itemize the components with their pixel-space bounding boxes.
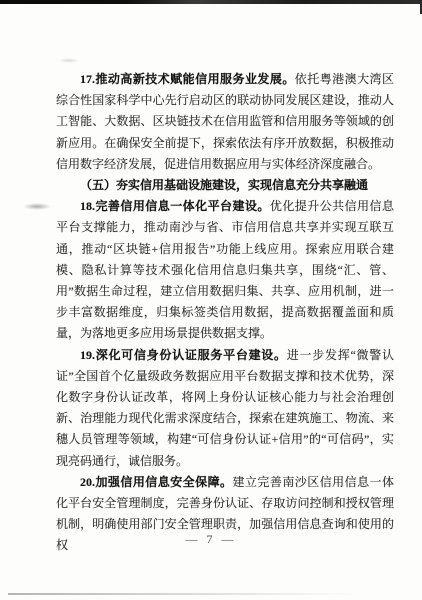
paragraph-lead-text: 20.加强信用信息安全保障。 <box>80 475 233 489</box>
scan-artifact-smudge <box>58 58 80 63</box>
paragraph-body-text: 优化提升公共信用信息平台支撑能力，推动南沙与省、市信用信息共享并实现互联互通，推… <box>56 199 394 340</box>
scanned-document-page: 17.推动高新技术赋能信用服务业发展。依托粤港澳大湾区综合性国家科学中心先行启动… <box>0 0 422 600</box>
paragraph-lead-text: （五）夯实信用基础设施建设，实现信息充分共享融通 <box>80 178 368 192</box>
scan-artifact-smudge <box>23 203 51 210</box>
paragraph-18: 18.完善信用信息一体化平台建设。优化提升公共信用信息平台支撑能力，推动南沙与省… <box>56 196 394 344</box>
section-heading-5: （五）夯实信用基础设施建设，实现信息充分共享融通 <box>56 175 394 196</box>
document-body: 17.推动高新技术赋能信用服务业发展。依托粤港澳大湾区综合性国家科学中心先行启动… <box>56 69 394 557</box>
scan-artifact-top-bar <box>0 0 422 4</box>
page-number: — 7 — <box>0 532 422 547</box>
paragraph-19: 19.深化可信身份认证服务平台建设。进一步发挥“微警认证”全国首个亿量级政务数据… <box>56 345 394 472</box>
paragraph-lead-text: 18.完善信用信息一体化平台建设。 <box>80 199 270 213</box>
paragraph-lead-text: 19.深化可信身份认证服务平台建设。 <box>80 348 287 362</box>
paragraph-17: 17.推动高新技术赋能信用服务业发展。依托粤港澳大湾区综合性国家科学中心先行启动… <box>56 69 394 175</box>
paragraph-body-text: 进一步发挥“微警认证”全国首个亿量级政务数据应用平台数据支撑和技术优势，深化数字… <box>56 348 394 468</box>
paragraph-lead-text: 17.推动高新技术赋能信用服务业发展。 <box>80 72 295 86</box>
scan-artifact-bottom-line <box>8 593 356 595</box>
paragraph-body-text: 依托粤港澳大湾区综合性国家科学中心先行启动区的联动协同发展区建设，推动人工智能、… <box>56 72 394 171</box>
